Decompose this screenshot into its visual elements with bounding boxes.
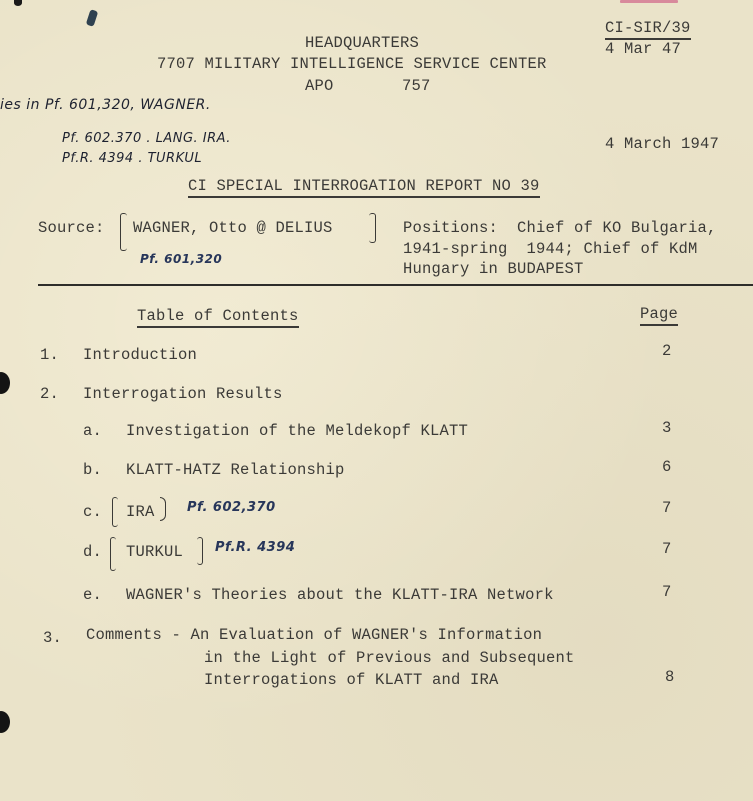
positions-line-2: 1941-spring 1944; Chief of KdM bbox=[403, 240, 698, 258]
right-bracket bbox=[369, 213, 376, 243]
positions-line-3: Hungary in BUDAPEST bbox=[403, 260, 584, 278]
toc-item-1-page: 2 bbox=[662, 342, 672, 360]
toc-item-a-number: a. bbox=[83, 422, 102, 440]
toc-item-3-title-line-3: Interrogations of KLATT and IRA bbox=[204, 671, 499, 689]
toc-heading: Table of Contents bbox=[137, 307, 299, 328]
apo-label: APO bbox=[305, 77, 334, 95]
toc-item-c-file-ref: Pf. 602,370 bbox=[187, 500, 276, 515]
toc-item-3-page: 8 bbox=[665, 668, 675, 686]
toc-item-c-page: 7 bbox=[662, 499, 672, 517]
document-date: 4 March 1947 bbox=[605, 135, 719, 153]
org-line-2: 7707 MILITARY INTELLIGENCE SERVICE CENTE… bbox=[157, 55, 547, 73]
toc-item-1-title: Introduction bbox=[83, 346, 197, 364]
toc-item-b-page: 6 bbox=[662, 458, 672, 476]
positions-line-1: Positions: Chief of KO Bulgaria, bbox=[403, 219, 717, 237]
divider bbox=[38, 284, 753, 286]
toc-item-3-title-line-1: Comments - An Evaluation of WAGNER's Inf… bbox=[86, 626, 542, 644]
right-bracket bbox=[197, 537, 203, 565]
left-bracket bbox=[110, 537, 116, 571]
toc-item-3-number: 3. bbox=[43, 629, 62, 647]
report-title: CI SPECIAL INTERROGATION REPORT NO 39 bbox=[188, 177, 540, 198]
toc-item-b-number: b. bbox=[83, 461, 102, 479]
toc-item-a-page: 3 bbox=[662, 419, 672, 437]
org-line-1: HEADQUARTERS bbox=[305, 34, 419, 52]
toc-item-d-title: TURKUL bbox=[126, 543, 183, 561]
toc-item-a-title: Investigation of the Meldekopf KLATT bbox=[126, 422, 468, 440]
toc-item-d-file-ref: Pf.R. 4394 bbox=[215, 540, 295, 555]
source-file-ref: Pf. 601,320 bbox=[140, 252, 222, 266]
apo-value: 757 bbox=[402, 77, 431, 95]
toc-item-d-number: d. bbox=[83, 543, 102, 561]
punch-hole bbox=[0, 372, 10, 394]
toc-item-1-number: 1. bbox=[40, 346, 59, 364]
toc-page-heading: Page bbox=[640, 305, 678, 326]
toc-item-e-title: WAGNER's Theories about the KLATT-IRA Ne… bbox=[126, 586, 554, 604]
toc-item-3-title-line-2: in the Light of Previous and Subsequent bbox=[204, 649, 575, 667]
left-bracket bbox=[112, 497, 118, 527]
toc-item-c-title: IRA bbox=[126, 503, 155, 521]
ink-blot bbox=[86, 9, 99, 27]
toc-item-c-number: c. bbox=[83, 503, 102, 521]
handwritten-note-2: Pf. 602.370 . LANG. IRA. bbox=[62, 131, 231, 146]
handwritten-note-1: ies in Pf. 601,320, WAGNER. bbox=[0, 97, 211, 113]
punch-hole bbox=[0, 711, 10, 733]
toc-item-b-title: KLATT-HATZ Relationship bbox=[126, 461, 345, 479]
left-bracket bbox=[120, 213, 127, 251]
document-page: HEADQUARTERS 7707 MILITARY INTELLIGENCE … bbox=[0, 0, 753, 801]
toc-item-e-number: e. bbox=[83, 586, 102, 604]
toc-item-e-page: 7 bbox=[662, 583, 672, 601]
stamp-mark bbox=[620, 0, 678, 3]
reference-date: 4 Mar 47 bbox=[605, 40, 681, 58]
toc-item-2-number: 2. bbox=[40, 385, 59, 403]
toc-item-2-title: Interrogation Results bbox=[83, 385, 283, 403]
toc-item-d-page: 7 bbox=[662, 540, 672, 558]
source-name: WAGNER, Otto @ DELIUS bbox=[133, 219, 333, 237]
source-label: Source: bbox=[38, 219, 105, 237]
ink-mark bbox=[14, 0, 22, 6]
reference-number: CI-SIR/39 bbox=[605, 19, 691, 40]
handwritten-note-3: Pf.R. 4394 . TURKUL bbox=[62, 151, 202, 166]
right-bracket bbox=[160, 497, 166, 521]
